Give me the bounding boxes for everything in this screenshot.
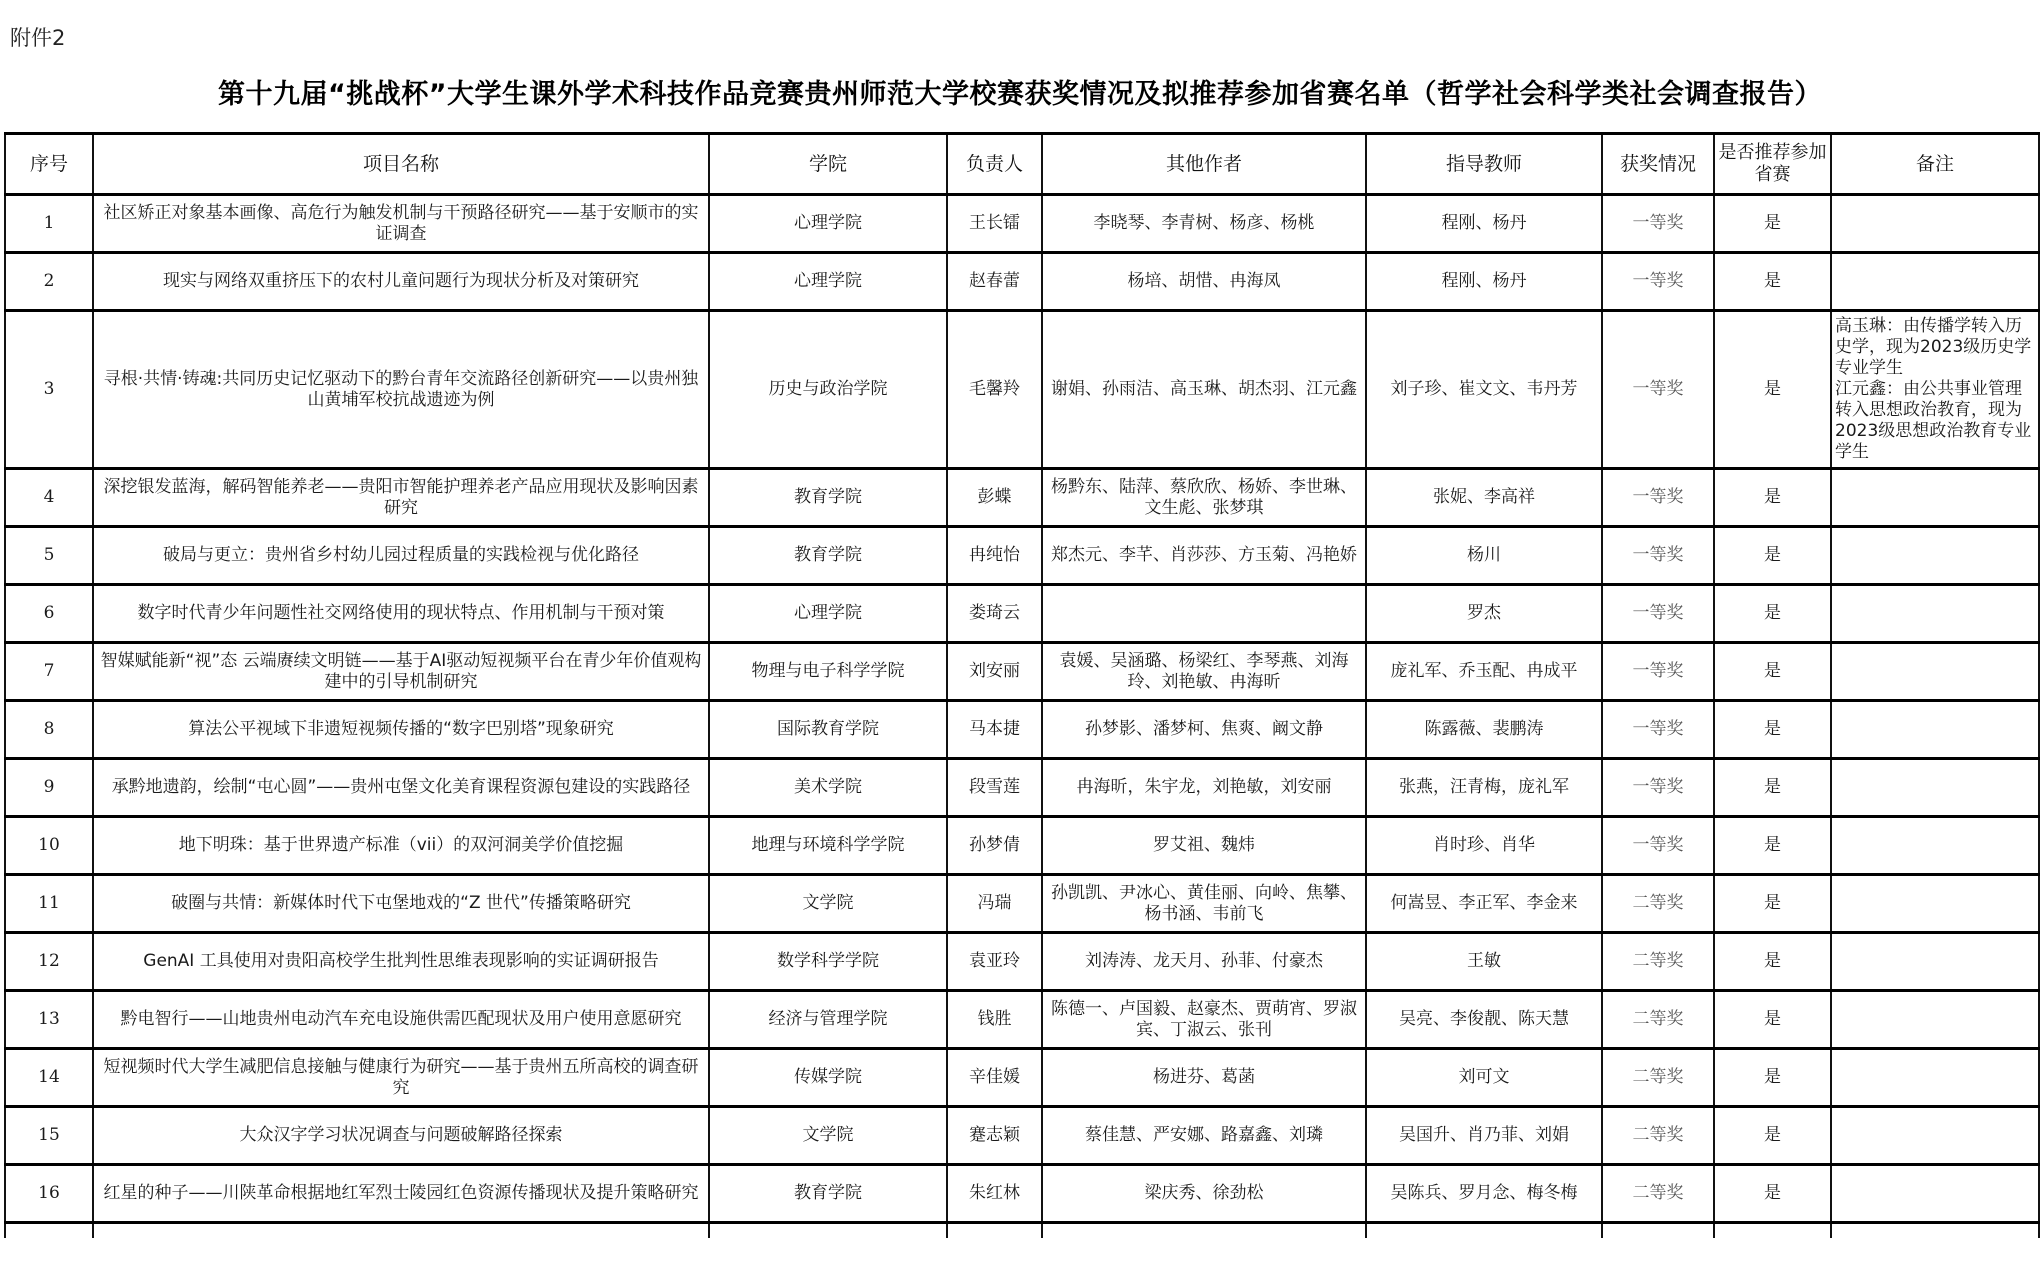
cell-seq: 12 <box>5 933 93 991</box>
cell-college: 教育学院 <box>709 527 947 585</box>
cell-award: 一等奖 <box>1602 643 1714 701</box>
table-row: 10 地下明珠：基于世界遗产标准（vii）的双河洞美学价值挖掘 地理与环境科学学… <box>5 817 2039 875</box>
header-award: 获奖情况 <box>1602 134 1714 195</box>
table-row: 3 寻根·共情·铸魂:共同历史记忆驱动下的黔台青年交流路径创新研究——以贵州独山… <box>5 311 2039 469</box>
cell-project: 短视频时代大学生减肥信息接触与健康行为研究——基于贵州五所高校的调查研究 <box>93 1049 709 1107</box>
header-advisors: 指导教师 <box>1366 134 1602 195</box>
header-remarks: 备注 <box>1831 134 2039 195</box>
table-row: 6 数字时代青少年问题性社交网络使用的现状特点、作用机制与干预对策 心理学院 娄… <box>5 585 2039 643</box>
table-row: 8 算法公平视域下非遗短视频传播的“数字巴别塔”现象研究 国际教育学院 马本捷 … <box>5 701 2039 759</box>
cell-leader: 钱胜 <box>947 991 1042 1049</box>
cell-award: 二等奖 <box>1602 875 1714 933</box>
cell-seq: 10 <box>5 817 93 875</box>
cell-leader: 冯瑞 <box>947 875 1042 933</box>
cell-project: 红星的种子——川陕革命根据地红军烈士陵园红色资源传播现状及提升策略研究 <box>93 1165 709 1223</box>
cell-remarks <box>1831 469 2039 527</box>
cell-coauthors <box>1042 1223 1366 1239</box>
cell-project: 深挖银发蓝海，解码智能养老——贵阳市智能护理养老产品应用现状及影响因素研究 <box>93 469 709 527</box>
cell-coauthors: 冉海昕，朱宇龙，刘艳敏，刘安丽 <box>1042 759 1366 817</box>
cell-seq: 13 <box>5 991 93 1049</box>
cell-college: 数学科学学院 <box>709 933 947 991</box>
cell-project: 破圈与共情：新媒体时代下屯堡地戏的“Z 世代”传播策略研究 <box>93 875 709 933</box>
cell-remarks: 高玉琳：由传播学转入历史学，现为2023级历史学专业学生江元鑫：由公共事业管理转… <box>1831 311 2039 469</box>
cell-advisors: 王敏 <box>1366 933 1602 991</box>
cell-college: 美术学院 <box>709 759 947 817</box>
cell-award: 一等奖 <box>1602 817 1714 875</box>
cell-remarks <box>1831 527 2039 585</box>
table-row: 12 GenAI 工具使用对贵阳高校学生批判性思维表现影响的实证调研报告 数学科… <box>5 933 2039 991</box>
cell-coauthors: 李晓琴、李青树、杨彦、杨桃 <box>1042 195 1366 253</box>
cell-recommend: 是 <box>1714 1165 1831 1223</box>
cell-college: 心理学院 <box>709 253 947 311</box>
table-row: 16 红星的种子——川陕革命根据地红军烈士陵园红色资源传播现状及提升策略研究 教… <box>5 1165 2039 1223</box>
document-title: 第十九届“挑战杯”大学生课外学术科技作品竞赛贵州师范大学校赛获奖情况及拟推荐参加… <box>0 72 2040 111</box>
cell-college: 国际教育学院 <box>709 701 947 759</box>
cell-remarks <box>1831 1223 2039 1239</box>
table-row: 14 短视频时代大学生减肥信息接触与健康行为研究——基于贵州五所高校的调查研究 … <box>5 1049 2039 1107</box>
cell-coauthors: 杨进芬、葛菡 <box>1042 1049 1366 1107</box>
cell-advisors: 陈露薇、裴鹏涛 <box>1366 701 1602 759</box>
cell-recommend: 是 <box>1714 1049 1831 1107</box>
cell-coauthors: 杨黔东、陆萍、蔡欣欣、杨娇、李世琳、文生彪、张梦琪 <box>1042 469 1366 527</box>
cell-coauthors: 罗艾祖、魏炜 <box>1042 817 1366 875</box>
cell-coauthors: 袁媛、吴涵璐、杨梁红、李琴燕、刘海玲、刘艳敏、冉海昕 <box>1042 643 1366 701</box>
cell-advisors: 刘可文 <box>1366 1049 1602 1107</box>
cell-recommend: 是 <box>1714 195 1831 253</box>
cell-remarks <box>1831 817 2039 875</box>
cell-remarks <box>1831 759 2039 817</box>
cell-coauthors: 杨培、胡惜、冉海凤 <box>1042 253 1366 311</box>
header-seq: 序号 <box>5 134 93 195</box>
table-row: 5 破局与更立：贵州省乡村幼儿园过程质量的实践检视与优化路径 教育学院 冉纯怡 … <box>5 527 2039 585</box>
cell-leader: 马本捷 <box>947 701 1042 759</box>
award-table: 序号 项目名称 学院 负责人 其他作者 指导教师 获奖情况 是否推荐参加省赛 备… <box>4 132 2040 1238</box>
cell-college: 教育学院 <box>709 1165 947 1223</box>
cell-leader: 朱红林 <box>947 1165 1042 1223</box>
table-row: 15 大众汉字学习状况调查与问题破解路径探索 文学院 蹇志颖 蔡佳慧、严安娜、路… <box>5 1107 2039 1165</box>
cell-recommend: 是 <box>1714 1107 1831 1165</box>
cell-college: 历史与政治学院 <box>709 311 947 469</box>
cell-project: 算法公平视域下非遗短视频传播的“数字巴别塔”现象研究 <box>93 701 709 759</box>
cell-advisors: 吴国升、肖乃菲、刘娟 <box>1366 1107 1602 1165</box>
cell-coauthors: 谢娟、孙雨洁、高玉琳、胡杰羽、江元鑫 <box>1042 311 1366 469</box>
cell-project: 黔电智行——山地贵州电动汽车充电设施供需匹配现状及用户使用意愿研究 <box>93 991 709 1049</box>
header-project: 项目名称 <box>93 134 709 195</box>
cell-coauthors: 孙梦影、潘梦柯、焦爽、阚文静 <box>1042 701 1366 759</box>
cell-recommend: 是 <box>1714 469 1831 527</box>
table-body: 1 社区矫正对象基本画像、高危行为触发机制与干预路径研究——基于安顺市的实证调查… <box>5 195 2039 1239</box>
cell-leader: 娄琦云 <box>947 585 1042 643</box>
table-header-row: 序号 项目名称 学院 负责人 其他作者 指导教师 获奖情况 是否推荐参加省赛 备… <box>5 134 2039 195</box>
cell-seq: 1 <box>5 195 93 253</box>
cell-remarks <box>1831 875 2039 933</box>
cell-award: 二等奖 <box>1602 991 1714 1049</box>
cell-award: 一等奖 <box>1602 527 1714 585</box>
cell-seq: 3 <box>5 311 93 469</box>
cell-college: 传媒学院 <box>709 1049 947 1107</box>
cell-coauthors: 孙凯凯、尹冰心、黄佳丽、向岭、焦攀、杨书涵、韦前飞 <box>1042 875 1366 933</box>
cell-award: 一等奖 <box>1602 759 1714 817</box>
cell-seq: 16 <box>5 1165 93 1223</box>
cell-recommend: 是 <box>1714 253 1831 311</box>
table-row: 1 社区矫正对象基本画像、高危行为触发机制与干预路径研究——基于安顺市的实证调查… <box>5 195 2039 253</box>
cell-college: 物理与电子科学学院 <box>709 643 947 701</box>
cell-leader: 冉纯怡 <box>947 527 1042 585</box>
cell-award <box>1602 1223 1714 1239</box>
cell-advisors: 吴亮、李俊靓、陈天慧 <box>1366 991 1602 1049</box>
cell-coauthors <box>1042 585 1366 643</box>
cell-remarks <box>1831 1049 2039 1107</box>
cell-project: 智媒赋能新“视”态 云端赓续文明链——基于AI驱动短视频平台在青少年价值观构建中… <box>93 643 709 701</box>
cell-award: 二等奖 <box>1602 1107 1714 1165</box>
cell-remarks <box>1831 991 2039 1049</box>
cell-leader: 袁亚玲 <box>947 933 1042 991</box>
cell-coauthors: 陈德一、卢国毅、赵豪杰、贾萌宵、罗淑宾、丁淑云、张刊 <box>1042 991 1366 1049</box>
table-row: 11 破圈与共情：新媒体时代下屯堡地戏的“Z 世代”传播策略研究 文学院 冯瑞 … <box>5 875 2039 933</box>
cell-recommend: 是 <box>1714 933 1831 991</box>
cell-project: 现实与网络双重挤压下的农村儿童问题行为现状分析及对策研究 <box>93 253 709 311</box>
cell-seq: 2 <box>5 253 93 311</box>
cell-college <box>709 1223 947 1239</box>
cell-advisors: 肖时珍、肖华 <box>1366 817 1602 875</box>
cell-recommend: 是 <box>1714 817 1831 875</box>
cell-remarks <box>1831 585 2039 643</box>
header-college: 学院 <box>709 134 947 195</box>
cell-project: 大众汉字学习状况调查与问题破解路径探索 <box>93 1107 709 1165</box>
cell-advisors: 刘子珍、崔文文、韦丹芳 <box>1366 311 1602 469</box>
cell-award: 一等奖 <box>1602 253 1714 311</box>
cell-project: 数字时代青少年问题性社交网络使用的现状特点、作用机制与干预对策 <box>93 585 709 643</box>
cell-project: 破局与更立：贵州省乡村幼儿园过程质量的实践检视与优化路径 <box>93 527 709 585</box>
table-row: 9 承黔地遗韵，绘制“屯心圆”——贵州屯堡文化美育课程资源包建设的实践路径 美术… <box>5 759 2039 817</box>
cell-college: 心理学院 <box>709 585 947 643</box>
cell-seq: 7 <box>5 643 93 701</box>
cell-remarks <box>1831 253 2039 311</box>
cell-seq: 11 <box>5 875 93 933</box>
cell-recommend: 是 <box>1714 643 1831 701</box>
cell-advisors: 何嵩昱、李正军、李金来 <box>1366 875 1602 933</box>
cell-award: 一等奖 <box>1602 701 1714 759</box>
cell-advisors: 程刚、杨丹 <box>1366 195 1602 253</box>
cell-award: 一等奖 <box>1602 585 1714 643</box>
header-leader: 负责人 <box>947 134 1042 195</box>
cell-project: 寻根·共情·铸魂:共同历史记忆驱动下的黔台青年交流路径创新研究——以贵州独山黄埔… <box>93 311 709 469</box>
cell-remarks <box>1831 1107 2039 1165</box>
cell-college: 经济与管理学院 <box>709 991 947 1049</box>
header-coauthors: 其他作者 <box>1042 134 1366 195</box>
cell-advisors: 程刚、杨丹 <box>1366 253 1602 311</box>
table-row: 2 现实与网络双重挤压下的农村儿童问题行为现状分析及对策研究 心理学院 赵春蕾 … <box>5 253 2039 311</box>
cell-recommend <box>1714 1223 1831 1239</box>
cell-seq: 14 <box>5 1049 93 1107</box>
cell-project <box>93 1223 709 1239</box>
cell-seq: 15 <box>5 1107 93 1165</box>
cell-remarks <box>1831 195 2039 253</box>
cell-leader: 王长镭 <box>947 195 1042 253</box>
cell-college: 文学院 <box>709 1107 947 1165</box>
cell-seq: 4 <box>5 469 93 527</box>
attachment-label: 附件2 <box>10 22 65 52</box>
cell-leader: 彭蝶 <box>947 469 1042 527</box>
cell-leader: 辛佳媛 <box>947 1049 1042 1107</box>
cell-leader: 段雪莲 <box>947 759 1042 817</box>
cell-recommend: 是 <box>1714 701 1831 759</box>
cell-leader <box>947 1223 1042 1239</box>
table-row: 13 黔电智行——山地贵州电动汽车充电设施供需匹配现状及用户使用意愿研究 经济与… <box>5 991 2039 1049</box>
cell-coauthors: 郑杰元、李芊、肖莎莎、方玉菊、冯艳娇 <box>1042 527 1366 585</box>
cell-seq <box>5 1223 93 1239</box>
cell-seq: 5 <box>5 527 93 585</box>
cell-advisors: 庞礼军、乔玉配、冉成平 <box>1366 643 1602 701</box>
cell-project: 社区矫正对象基本画像、高危行为触发机制与干预路径研究——基于安顺市的实证调查 <box>93 195 709 253</box>
cell-college: 心理学院 <box>709 195 947 253</box>
cell-college: 文学院 <box>709 875 947 933</box>
cell-leader: 刘安丽 <box>947 643 1042 701</box>
table-row: 4 深挖银发蓝海，解码智能养老——贵阳市智能护理养老产品应用现状及影响因素研究 … <box>5 469 2039 527</box>
cell-recommend: 是 <box>1714 875 1831 933</box>
cell-leader: 毛馨羚 <box>947 311 1042 469</box>
cell-leader: 赵春蕾 <box>947 253 1042 311</box>
cell-advisors: 杨川 <box>1366 527 1602 585</box>
cell-advisors: 张燕，汪青梅，庞礼军 <box>1366 759 1602 817</box>
cell-advisors: 张妮、李高祥 <box>1366 469 1602 527</box>
cell-project: 承黔地遗韵，绘制“屯心圆”——贵州屯堡文化美育课程资源包建设的实践路径 <box>93 759 709 817</box>
cell-recommend: 是 <box>1714 585 1831 643</box>
cell-college: 地理与环境科学学院 <box>709 817 947 875</box>
cell-recommend: 是 <box>1714 759 1831 817</box>
cell-recommend: 是 <box>1714 311 1831 469</box>
cell-advisors <box>1366 1223 1602 1239</box>
cell-leader: 孙梦倩 <box>947 817 1042 875</box>
cell-award: 二等奖 <box>1602 1049 1714 1107</box>
cell-project: 地下明珠：基于世界遗产标准（vii）的双河洞美学价值挖掘 <box>93 817 709 875</box>
header-recommend: 是否推荐参加省赛 <box>1714 134 1831 195</box>
cell-project: GenAI 工具使用对贵阳高校学生批判性思维表现影响的实证调研报告 <box>93 933 709 991</box>
cell-advisors: 吴陈兵、罗月念、梅冬梅 <box>1366 1165 1602 1223</box>
cell-seq: 6 <box>5 585 93 643</box>
cell-college: 教育学院 <box>709 469 947 527</box>
cell-recommend: 是 <box>1714 527 1831 585</box>
cell-award: 二等奖 <box>1602 1165 1714 1223</box>
cell-remarks <box>1831 643 2039 701</box>
cell-award: 一等奖 <box>1602 469 1714 527</box>
cell-award: 一等奖 <box>1602 195 1714 253</box>
cell-coauthors: 蔡佳慧、严安娜、路嘉鑫、刘璘 <box>1042 1107 1366 1165</box>
cell-remarks <box>1831 933 2039 991</box>
table-row-partial <box>5 1223 2039 1239</box>
cell-award: 一等奖 <box>1602 311 1714 469</box>
cell-seq: 8 <box>5 701 93 759</box>
cell-coauthors: 梁庆秀、徐劲松 <box>1042 1165 1366 1223</box>
cell-remarks <box>1831 1165 2039 1223</box>
cell-remarks <box>1831 701 2039 759</box>
cell-advisors: 罗杰 <box>1366 585 1602 643</box>
cell-recommend: 是 <box>1714 991 1831 1049</box>
cell-coauthors: 刘涛涛、龙天月、孙菲、付豪杰 <box>1042 933 1366 991</box>
cell-leader: 蹇志颖 <box>947 1107 1042 1165</box>
cell-award: 二等奖 <box>1602 933 1714 991</box>
cell-seq: 9 <box>5 759 93 817</box>
table-row: 7 智媒赋能新“视”态 云端赓续文明链——基于AI驱动短视频平台在青少年价值观构… <box>5 643 2039 701</box>
